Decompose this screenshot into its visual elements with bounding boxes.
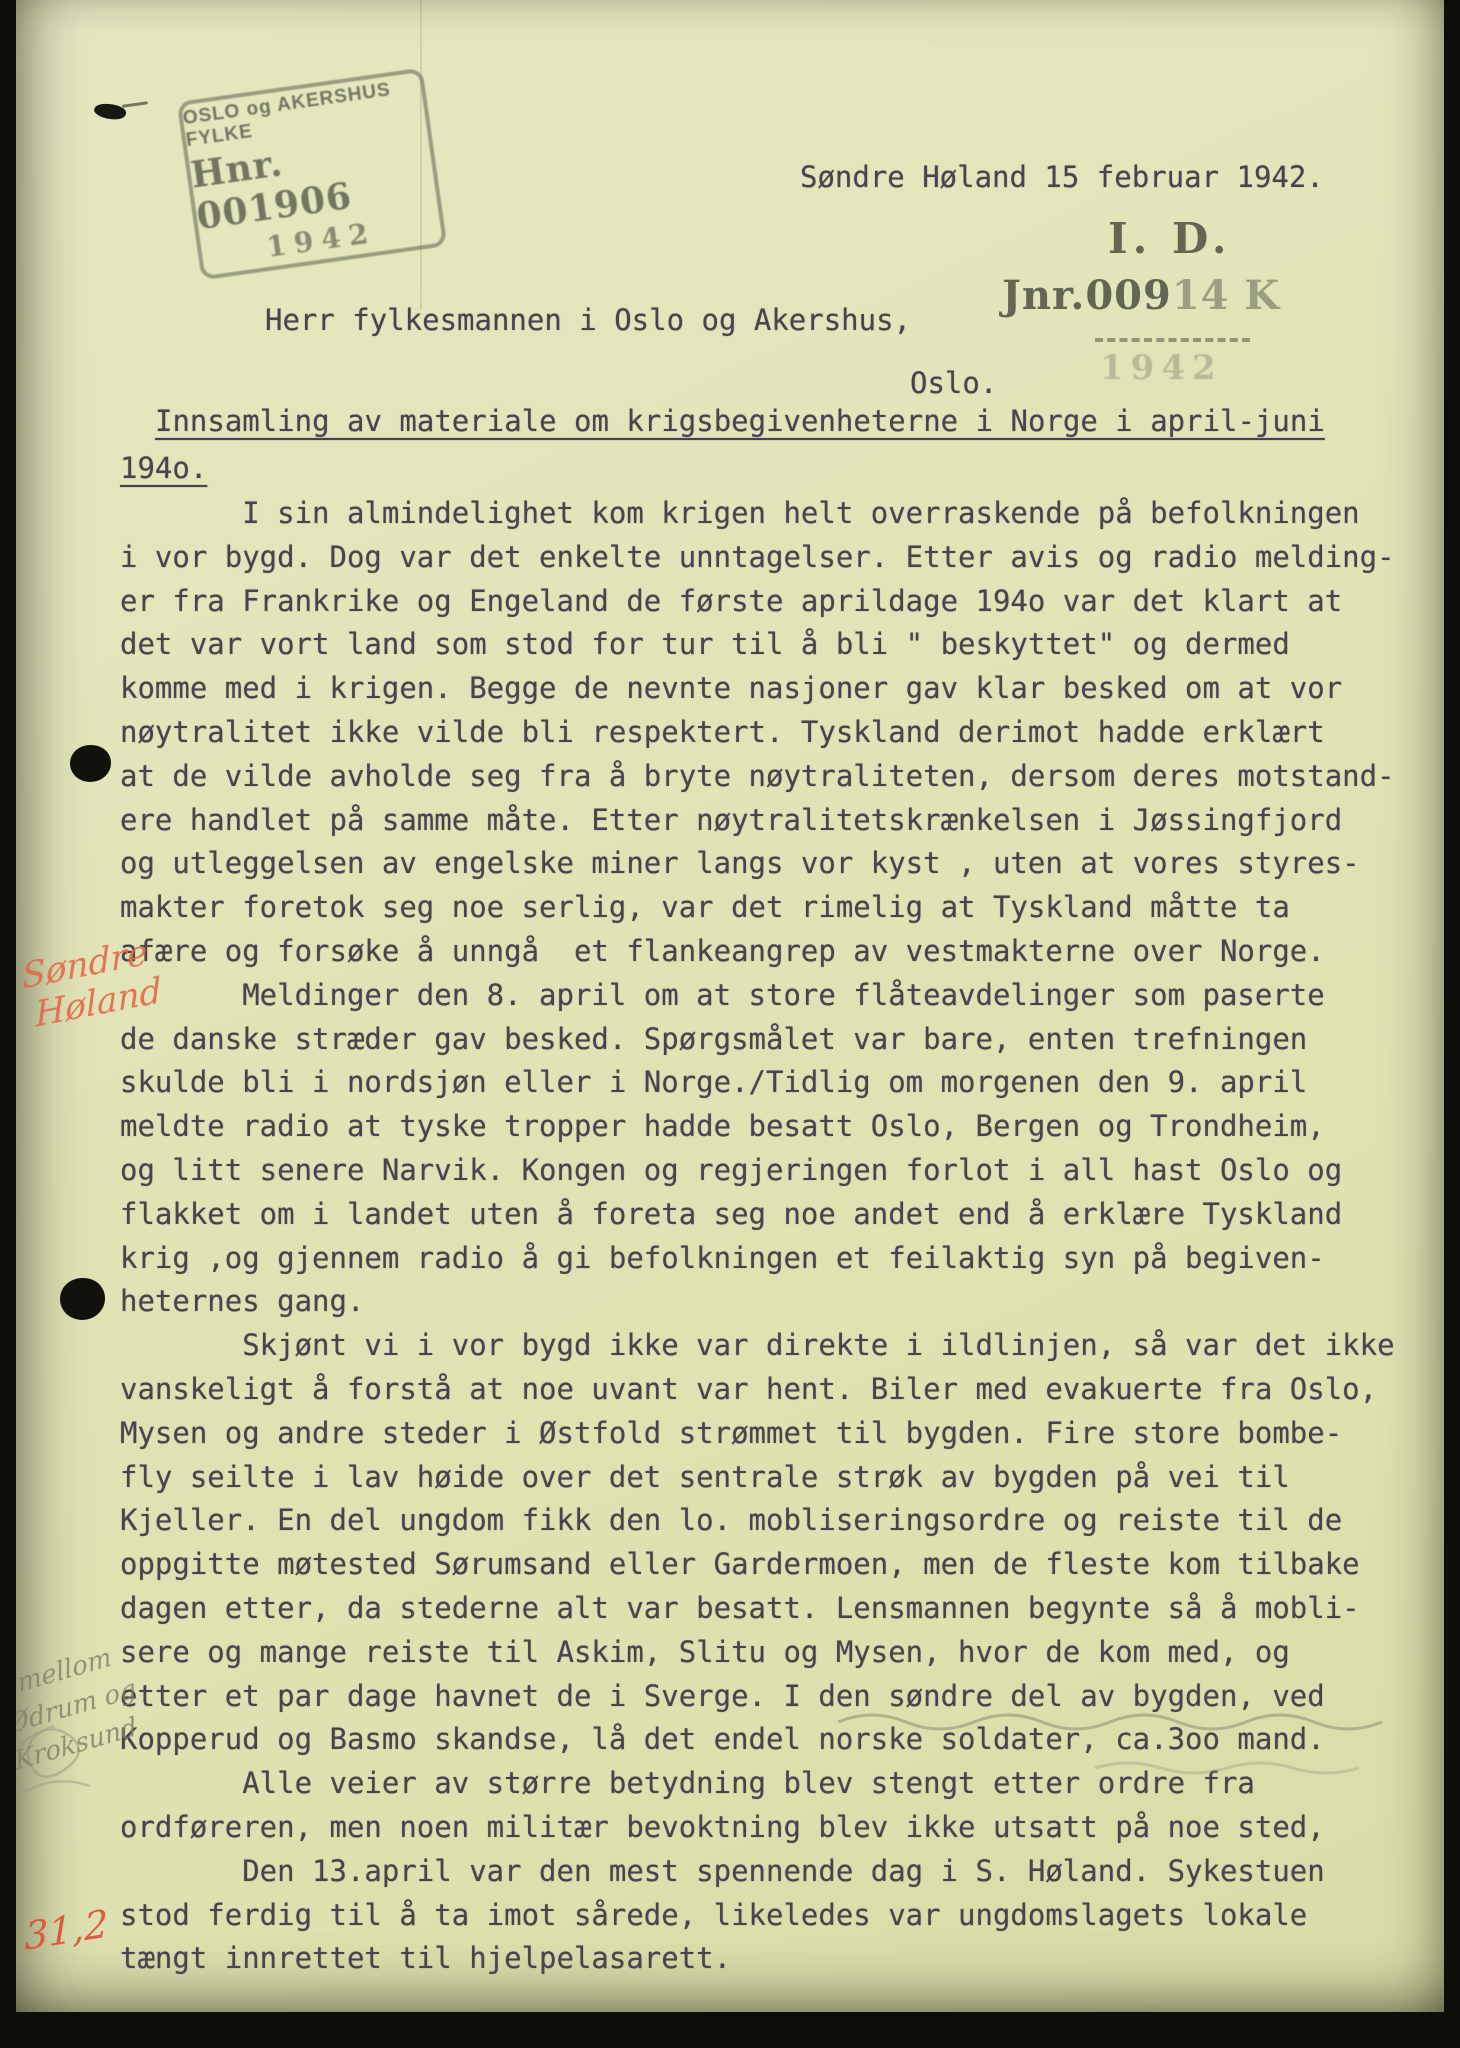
- scan-edge-right: [1444, 0, 1460, 2048]
- recipient-city: Oslo.: [910, 366, 997, 400]
- scan-edge-bottom: [0, 2012, 1460, 2048]
- journal-stamp-underline: [1095, 338, 1250, 342]
- date-line: Søndre Høland 15 februar 1942.: [800, 160, 1324, 194]
- journal-number-suffix: 14 K: [1172, 272, 1280, 319]
- recipient-line: Herr fylkesmannen i Oslo og Akershus,: [265, 303, 911, 337]
- scan-edge-left: [0, 0, 16, 2048]
- journal-stamp-year: 1942: [1100, 348, 1223, 388]
- journal-number-stamp: Jnr.00914 K: [1002, 272, 1280, 319]
- punch-hole: [70, 745, 111, 782]
- registry-stamp: OSLO og AKERSHUS FYLKE Hnr. 001906 1942: [177, 68, 448, 281]
- id-stamp: I. D.: [1108, 214, 1231, 263]
- subject-heading-line2: 194o.: [120, 451, 207, 485]
- subject-heading-line1: Innsamling av materiale om krigsbegivenh…: [155, 404, 1325, 438]
- journal-number-prefix: Jnr.009: [1002, 272, 1172, 319]
- letter-body: I sin almindelighet kom krigen helt over…: [120, 492, 1395, 1981]
- document-scan: OSLO og AKERSHUS FYLKE Hnr. 001906 1942 …: [0, 0, 1460, 2048]
- punch-hole: [60, 1278, 105, 1320]
